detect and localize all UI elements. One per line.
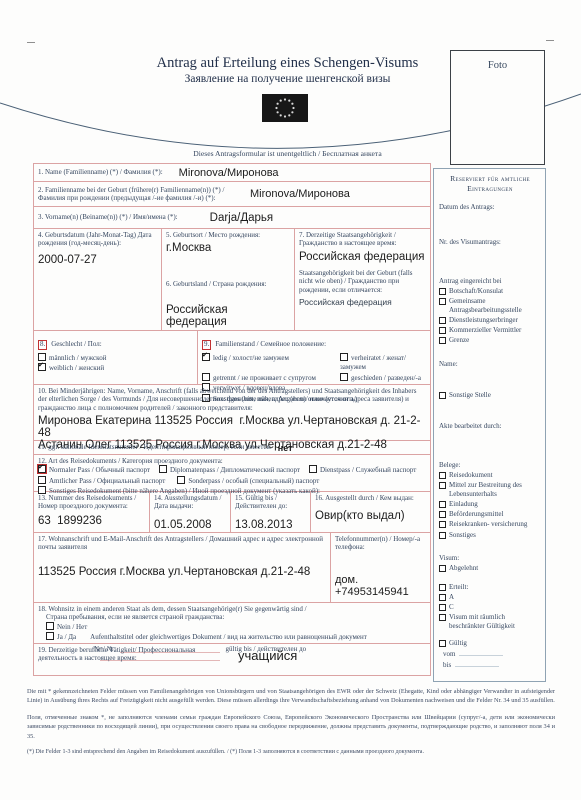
checkbox-means-of-transport[interactable]	[439, 511, 446, 518]
checkbox-embassy-consulate[interactable]	[439, 288, 446, 295]
corner-crop-mark	[27, 42, 35, 43]
option-service-passport: Dienstpass / Служебный паспорт	[320, 466, 416, 474]
residence-permit-text: Aufenthaltstitel oder gleichwertiges Dok…	[90, 633, 367, 641]
field-7-nationality: 7. Derzeitige Staatsangehörigkeit / Граж…	[295, 229, 430, 330]
field-6-label: 6. Geburtsland / Страна рождения:	[166, 280, 290, 288]
field-8-sex: 8. Geschlecht / Пол: männlich / мужской …	[34, 331, 198, 384]
option-means-of-transport: Beförderungsmittel	[449, 510, 503, 518]
field-1-surname: 1. Name (Familienname) (*) / Фамилия (*)…	[34, 164, 430, 182]
option-documents-other: Sonstiges	[449, 531, 476, 539]
corner-crop-mark	[546, 40, 554, 41]
option-residence-no: Nein / Нет	[57, 623, 87, 631]
number-of-entries-label: Anzahl der Einreisen:	[439, 681, 541, 682]
valid-from-label: vom	[439, 649, 541, 659]
field-4-value[interactable]: 2000-07-27	[38, 254, 157, 266]
field-7b-value[interactable]: Российская федерация	[299, 297, 426, 307]
visa-decision-label: Visum:	[439, 554, 541, 563]
field-15-value[interactable]: 13.08.2013	[235, 519, 306, 531]
field-13-document-number: 13. Nummer des Reisedokuments / Номер пр…	[34, 492, 150, 532]
option-male-label: männlich / мужской	[49, 354, 106, 362]
checkbox-single[interactable]	[202, 353, 210, 361]
field-9-marital-status: 9. Familienstand / Семейное положение: l…	[198, 331, 430, 384]
field-10-minors: 10. Bei Minderjährigen: Name, Vorname, A…	[34, 385, 430, 441]
option-visa-ltv: Visum mit räumlich beschränkter Gültigke…	[449, 613, 515, 630]
field-19-value[interactable]: учащийся	[238, 648, 297, 673]
checkbox-visa-type-c[interactable]	[439, 604, 446, 611]
field-3-value[interactable]: Darja/Дарья	[210, 212, 273, 224]
sidebar-name-label: Name:	[439, 360, 541, 369]
checkbox-ordinary-passport[interactable]	[38, 465, 46, 473]
checkbox-married[interactable]	[340, 353, 348, 361]
field-1-value[interactable]: Mironova/Миронова	[179, 167, 279, 179]
option-ordinary-passport: Normaler Pass / Обычный паспорт	[49, 466, 150, 474]
option-divorced-label: geschieden / разведен/-а	[351, 374, 421, 382]
field-5-birth-place: 5. Geburtsort / Место рождения: г.Москва	[162, 229, 294, 278]
field-4-label: 4. Geburtsdatum (Jahr-Monat-Tag) Дата ро…	[38, 231, 157, 248]
footnote-fields-1-3: (*) Die Felder 1-3 sind entsprechend den…	[27, 748, 555, 757]
official-entries-sidebar: Reserviert für amtliche Eintragungen Dat…	[433, 168, 546, 682]
field-9-number-highlight: 9.	[202, 340, 211, 350]
checkbox-visa-issued[interactable]	[439, 584, 446, 591]
field-18-label-ru: Страна пребывания, если не является стра…	[38, 613, 426, 621]
valid-from-blank[interactable]	[459, 649, 503, 656]
footnote-german: Die mit * gekennzeichneten Felder müssen…	[27, 687, 555, 706]
checkbox-divorced[interactable]	[340, 373, 348, 381]
fields-5-6-column: 5. Geburtsort / Место рождения: г.Москва…	[162, 229, 295, 330]
fields-13-to-16: 13. Nummer des Reisedokuments / Номер пр…	[34, 492, 430, 533]
option-separated-label: getrennt / не проживает с супругом	[213, 374, 316, 382]
fields-8-9: 8. Geschlecht / Пол: männlich / мужской …	[34, 331, 430, 385]
option-border: Grenze	[449, 336, 469, 344]
checkbox-visa-type-a[interactable]	[439, 594, 446, 601]
option-joint-application-centre: Gemeinsame Antragsbearbeitungsstelle	[449, 297, 522, 314]
checkbox-travel-document[interactable]	[439, 472, 446, 479]
footnote-russian: Поля, отмеченные знаком *, не заполняютс…	[27, 713, 555, 741]
option-means-of-subsistence: Mittel zur Bestreitung des Lebensunterha…	[449, 481, 522, 498]
field-14-value[interactable]: 01.05.2008	[154, 519, 226, 531]
option-visa-type-a: A	[449, 593, 454, 601]
reserved-official-title: Reserviert für amtliche Eintragungen	[439, 174, 541, 194]
field-7b-label: Staatsangehörigkeit bei der Geburt (fall…	[299, 269, 426, 294]
checkbox-female[interactable]	[38, 363, 46, 371]
option-travel-insurance: Reisekranken- versicherung	[449, 520, 527, 528]
option-diplomatic-passport: Diplomatenpass / Дипломатический паспорт	[170, 466, 300, 474]
option-female-label: weiblich / женский	[49, 364, 104, 372]
field-3-first-name: 3. Vorname(n) (Beiname(n)) (*) / Имя/име…	[34, 207, 430, 229]
field-17-label: 17. Wohnanschrift und E-Mail-Anschrift d…	[38, 535, 326, 552]
option-visa-issued: Erteilt:	[449, 583, 468, 591]
field-5-label: 5. Geburtsort / Место рождения:	[166, 231, 290, 239]
photo-label: Foto	[488, 60, 507, 71]
field-17-value[interactable]: 113525 Россия г.Москва ул.Чертановская д…	[38, 566, 326, 578]
field-16-label: 16. Ausgestellt durch / Кем выдан:	[315, 494, 426, 502]
checkbox-visa-refused[interactable]	[439, 565, 446, 572]
checkbox-male[interactable]	[38, 353, 46, 361]
option-travel-document: Reisedokument	[449, 471, 493, 479]
checkbox-residence-no[interactable]	[46, 622, 54, 630]
field-1-label: 1. Name (Familienname) (*) / Фамилия (*)…	[38, 168, 163, 176]
field-17-phone-cell: Telefonnummer(n) / Номер/-а телефона: до…	[331, 533, 430, 602]
checkbox-separated[interactable]	[202, 373, 210, 381]
field-14-issue-date: 14. Ausstellungsdatum / Дата выдачи: 01.…	[150, 492, 231, 532]
fields-4-to-7: 4. Geburtsdatum (Jahr-Monat-Tag) Дата ро…	[34, 229, 430, 331]
field-4-birth-date: 4. Geburtsdatum (Jahr-Monat-Tag) Дата ро…	[34, 229, 162, 330]
field-16-issued-by: 16. Ausgestellt durch / Кем выдан: Овир(…	[311, 492, 430, 532]
submitted-at-label: Antrag eingereicht bei	[439, 277, 541, 286]
checkbox-valid[interactable]	[439, 640, 446, 647]
option-official-passport: Amtlicher Pass / Официальный паспорт	[49, 477, 165, 485]
field-14-label: 14. Ausstellungsdatum / Дата выдачи:	[154, 494, 226, 511]
field-13-value[interactable]: 63 1899236	[38, 515, 145, 527]
photo-box: Foto	[450, 50, 545, 165]
field-8-label: Geschlecht / Пол:	[51, 340, 101, 348]
field-5-value[interactable]: г.Москва	[166, 242, 290, 254]
option-other-office: Sonstige Stelle	[449, 391, 491, 399]
option-visa-type-c: C	[449, 603, 454, 611]
checkbox-service-passport[interactable]	[309, 465, 317, 473]
field-8-number-highlight: 8.	[38, 340, 47, 350]
field-7-value[interactable]: Российская федерация	[299, 251, 426, 263]
field-17-phone-value[interactable]: дом. +74953145941	[335, 574, 426, 598]
option-special-passport: Sonderpass / особый (специальный) паспор…	[188, 477, 319, 485]
checkbox-joint-application-centre[interactable]	[439, 298, 446, 305]
checkbox-other-office[interactable]	[439, 392, 446, 399]
field-16-value[interactable]: Овир(кто выдал)	[315, 510, 426, 522]
field-15-valid-until: 15. Gültig bis / Действителен до: 13.08.…	[231, 492, 311, 532]
field-2-surname-at-birth: 2. Familienname bei der Geburt (frühere(…	[34, 182, 430, 207]
eu-flag-icon	[262, 94, 308, 122]
checkbox-documents-other[interactable]	[439, 532, 446, 539]
field-7-label: 7. Derzeitige Staatsangehörigkeit / Граж…	[299, 231, 426, 248]
field-3-label: 3. Vorname(n) (Beiname(n)) (*) / Имя/име…	[38, 213, 178, 221]
checkbox-special-passport[interactable]	[177, 476, 185, 484]
field-2-label: 2. Familienname bei der Geburt (frühere(…	[38, 186, 242, 203]
field-6-value[interactable]: Российская федерация	[166, 304, 290, 328]
field-2-value[interactable]: Mironova/Миронова	[250, 188, 350, 200]
field-18-label-de: 18. Wohnsitz in einem anderen Staat als …	[38, 605, 426, 613]
valid-until-label: bis	[439, 660, 541, 670]
checkbox-service-provider[interactable]	[439, 317, 446, 324]
checkbox-residence-yes[interactable]	[46, 632, 54, 640]
checkbox-commercial-intermediary[interactable]	[439, 327, 446, 334]
field-9-label: Familienstand / Семейное положение:	[215, 340, 326, 348]
field-12-label: 12. Art des Reisedokuments / Категория п…	[38, 457, 426, 465]
checkbox-means-of-subsistence[interactable]	[439, 482, 446, 489]
field-17-phone-label: Telefonnummer(n) / Номер/-а телефона:	[335, 535, 426, 552]
application-date-label: Datum des Antrags:	[439, 203, 541, 212]
field-17-address-cell: 17. Wohnanschrift und E-Mail-Anschrift d…	[34, 533, 331, 602]
option-residence-yes: Ja / Да	[57, 633, 76, 641]
field-11-label: 11. ggf. nationale Identitätsnummer / Ид…	[38, 443, 272, 451]
field-19-occupation: 19. Derzeitige berufliche Tätigkeit/ Про…	[34, 644, 430, 675]
option-visa-refused: Abgelehnt	[449, 564, 478, 572]
schengen-visa-application-scan: Antrag auf Erteilung eines Schengen-Visu…	[0, 0, 581, 800]
option-single-label: ledig / холост/не замужем	[213, 354, 289, 362]
application-form-table: 1. Name (Familienname) (*) / Фамилия (*)…	[33, 163, 431, 676]
field-19-label: 19. Derzeitige berufliche Tätigkeit/ Про…	[38, 646, 216, 673]
field-12-travel-document-type: 12. Art des Reisedokuments / Категория п…	[34, 455, 430, 492]
option-commercial-intermediary: Kommerzieller Vermittler	[449, 326, 521, 334]
field-15-label: 15. Gültig bis / Действителен до:	[235, 494, 306, 511]
file-handled-by-label: Akte bearbeitet durch:	[439, 422, 541, 431]
option-service-provider: Dienstleistungserbringer	[449, 316, 518, 324]
field-10-value-line1[interactable]: Миронова Екатерина 113525 Россия г.Москв…	[38, 415, 426, 439]
field-11-value[interactable]: нет	[278, 443, 293, 453]
footnotes: Die mit * gekennzeichneten Felder müssen…	[27, 687, 555, 764]
checkbox-official-passport[interactable]	[38, 476, 46, 484]
option-embassy-consulate: Botschaft/Konsulat	[449, 287, 503, 295]
checkbox-invitation[interactable]	[439, 501, 446, 508]
supporting-documents-label: Belege:	[439, 461, 541, 470]
option-valid: Gültig	[449, 639, 467, 647]
field-17-home-address: 17. Wohnanschrift und E-Mail-Anschrift d…	[34, 533, 430, 603]
checkbox-visa-ltv[interactable]	[439, 614, 446, 621]
checkbox-border[interactable]	[439, 337, 446, 344]
visa-application-number-label: Nr. des Visumantrags:	[439, 238, 541, 247]
checkbox-diplomatic-passport[interactable]	[159, 465, 167, 473]
field-13-label: 13. Nummer des Reisedokuments / Номер пр…	[38, 494, 145, 511]
valid-until-blank[interactable]	[455, 660, 499, 667]
option-invitation: Einladung	[449, 500, 478, 508]
field-10-label: 10. Bei Minderjährigen: Name, Vorname, A…	[38, 387, 426, 412]
field-18-residence-other-state: 18. Wohnsitz in einem anderen Staat als …	[34, 603, 430, 644]
checkbox-travel-insurance[interactable]	[439, 521, 446, 528]
field-11-national-id: 11. ggf. nationale Identitätsnummer / Ид…	[34, 441, 430, 455]
field-6-birth-country: 6. Geburtsland / Страна рождения: Россий…	[162, 278, 294, 330]
option-married-label: verheiratet / женат/замужем	[340, 354, 406, 371]
